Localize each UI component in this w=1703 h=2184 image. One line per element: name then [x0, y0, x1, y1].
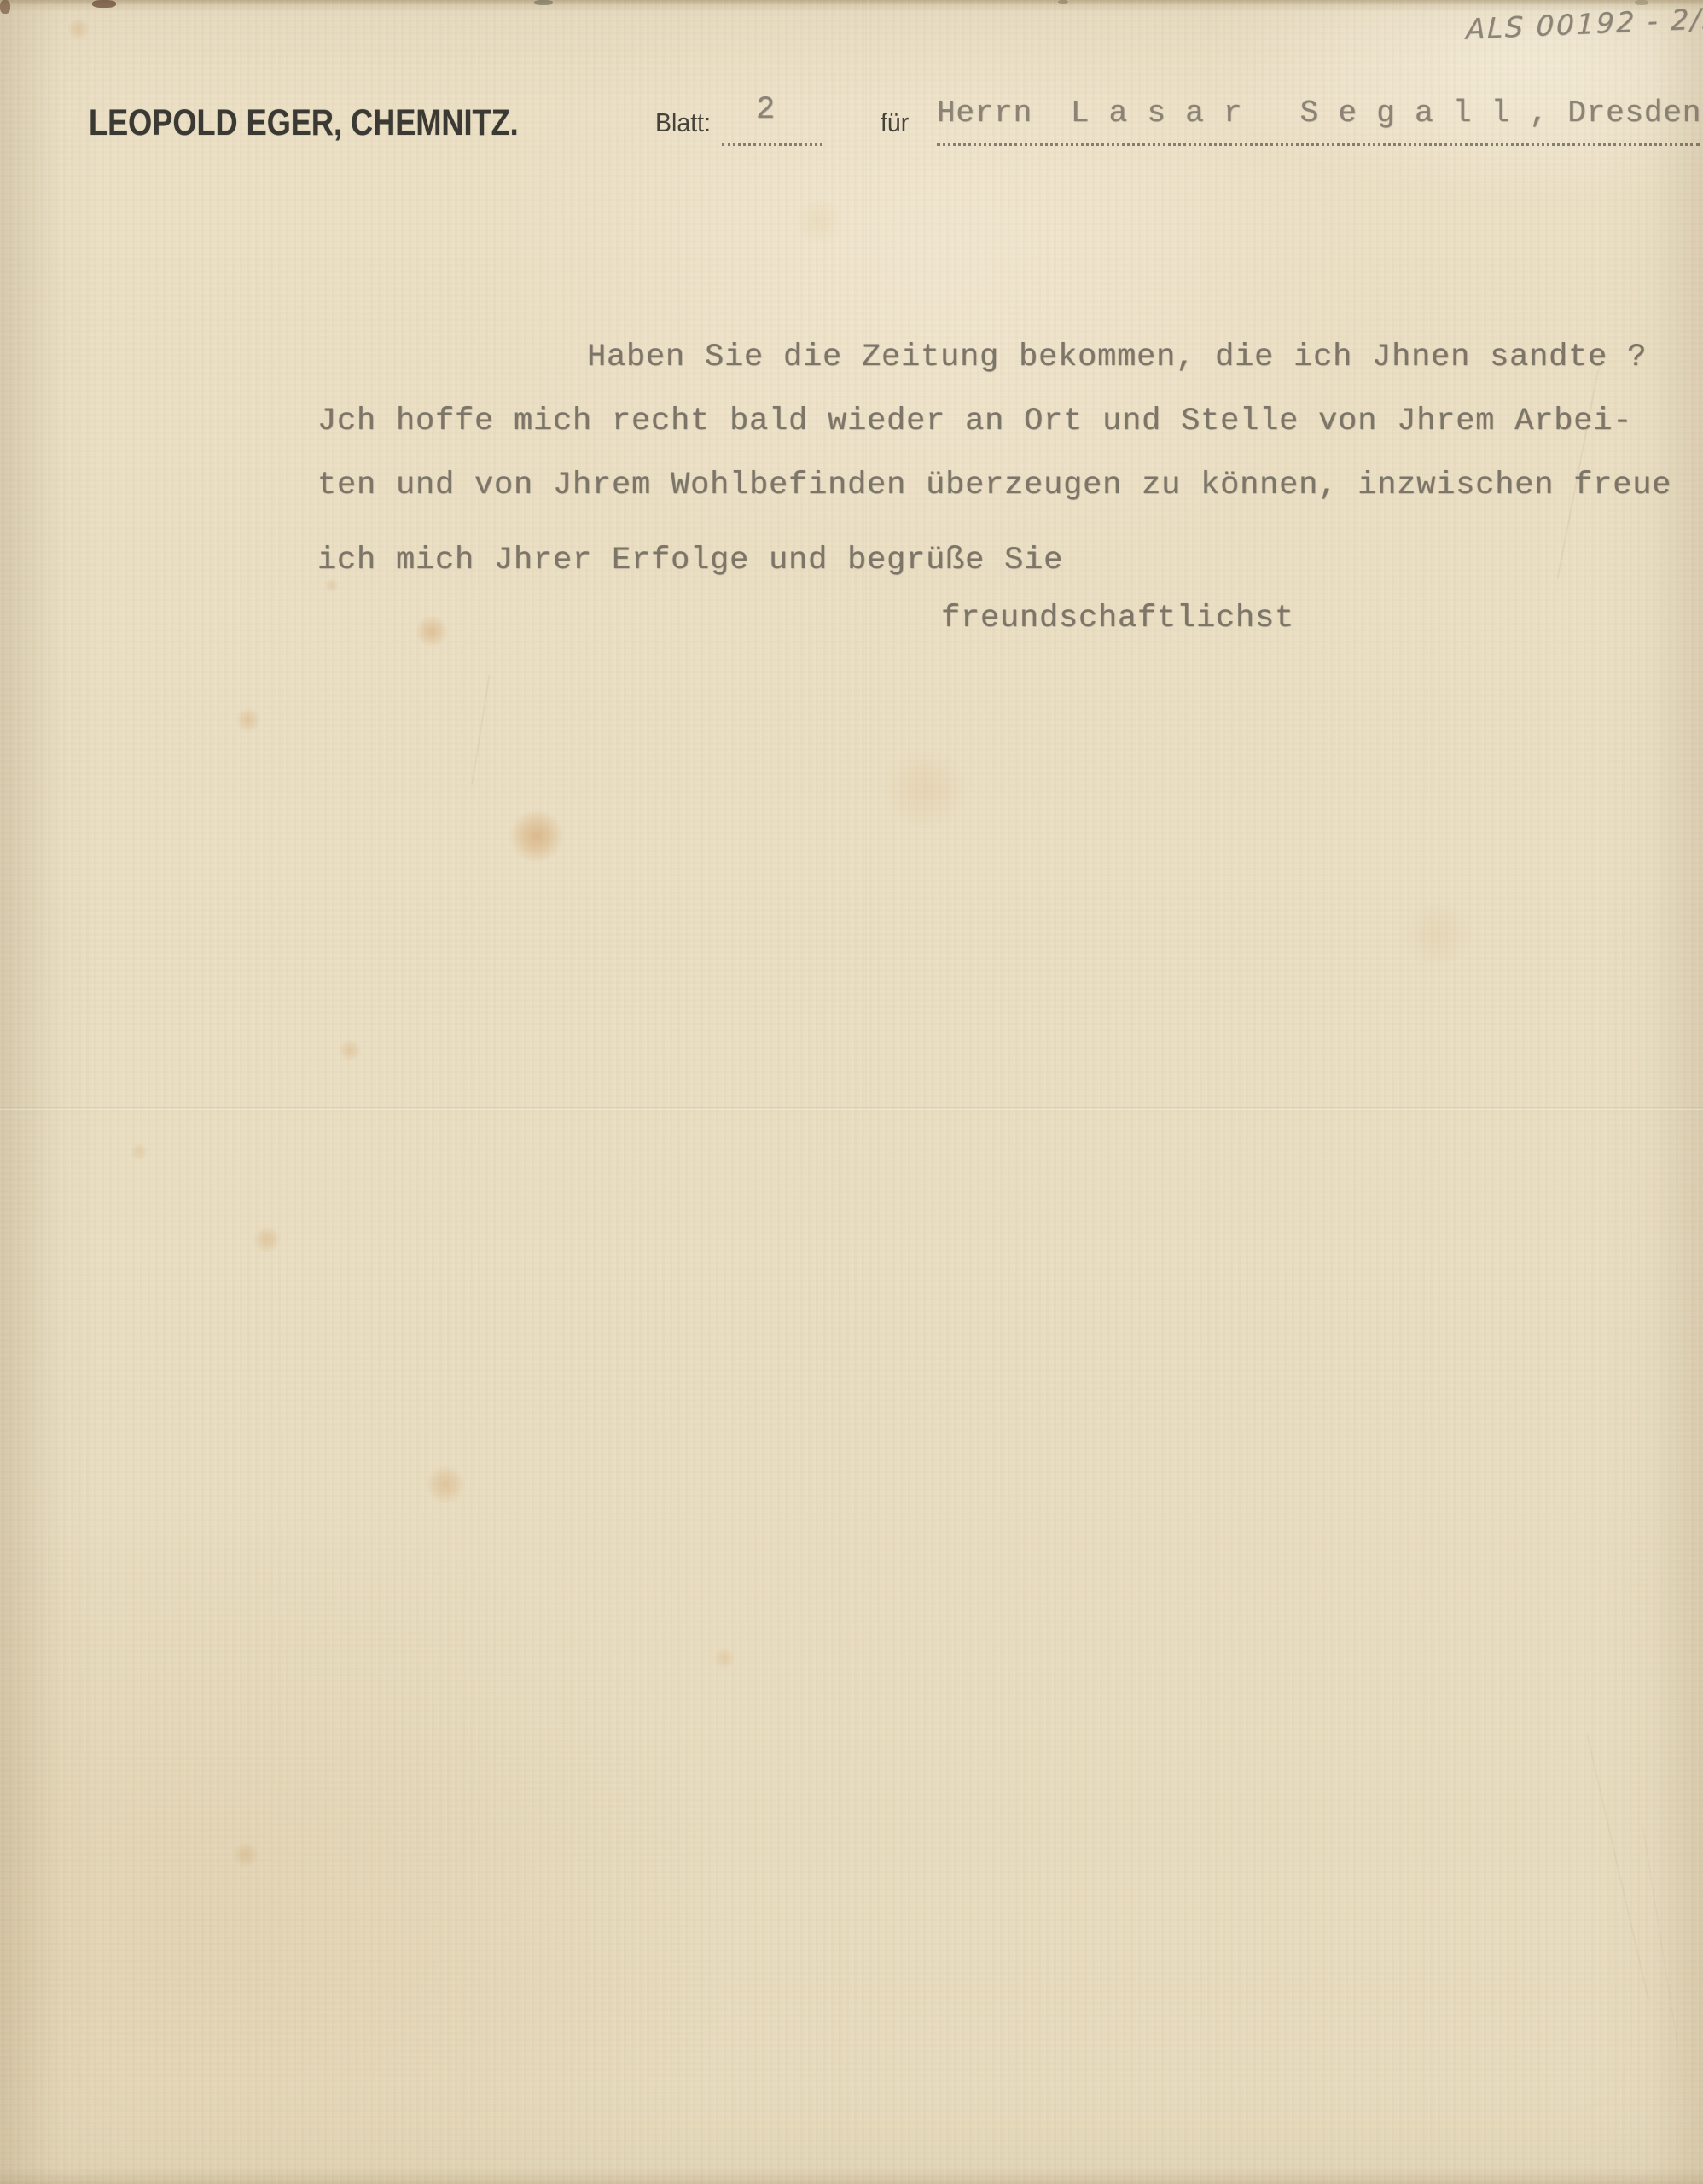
- scanned-letter-screenshot: { "annotations": { "archive_label": "ALS…: [0, 0, 1703, 2184]
- scan-vignette: [0, 0, 1703, 2184]
